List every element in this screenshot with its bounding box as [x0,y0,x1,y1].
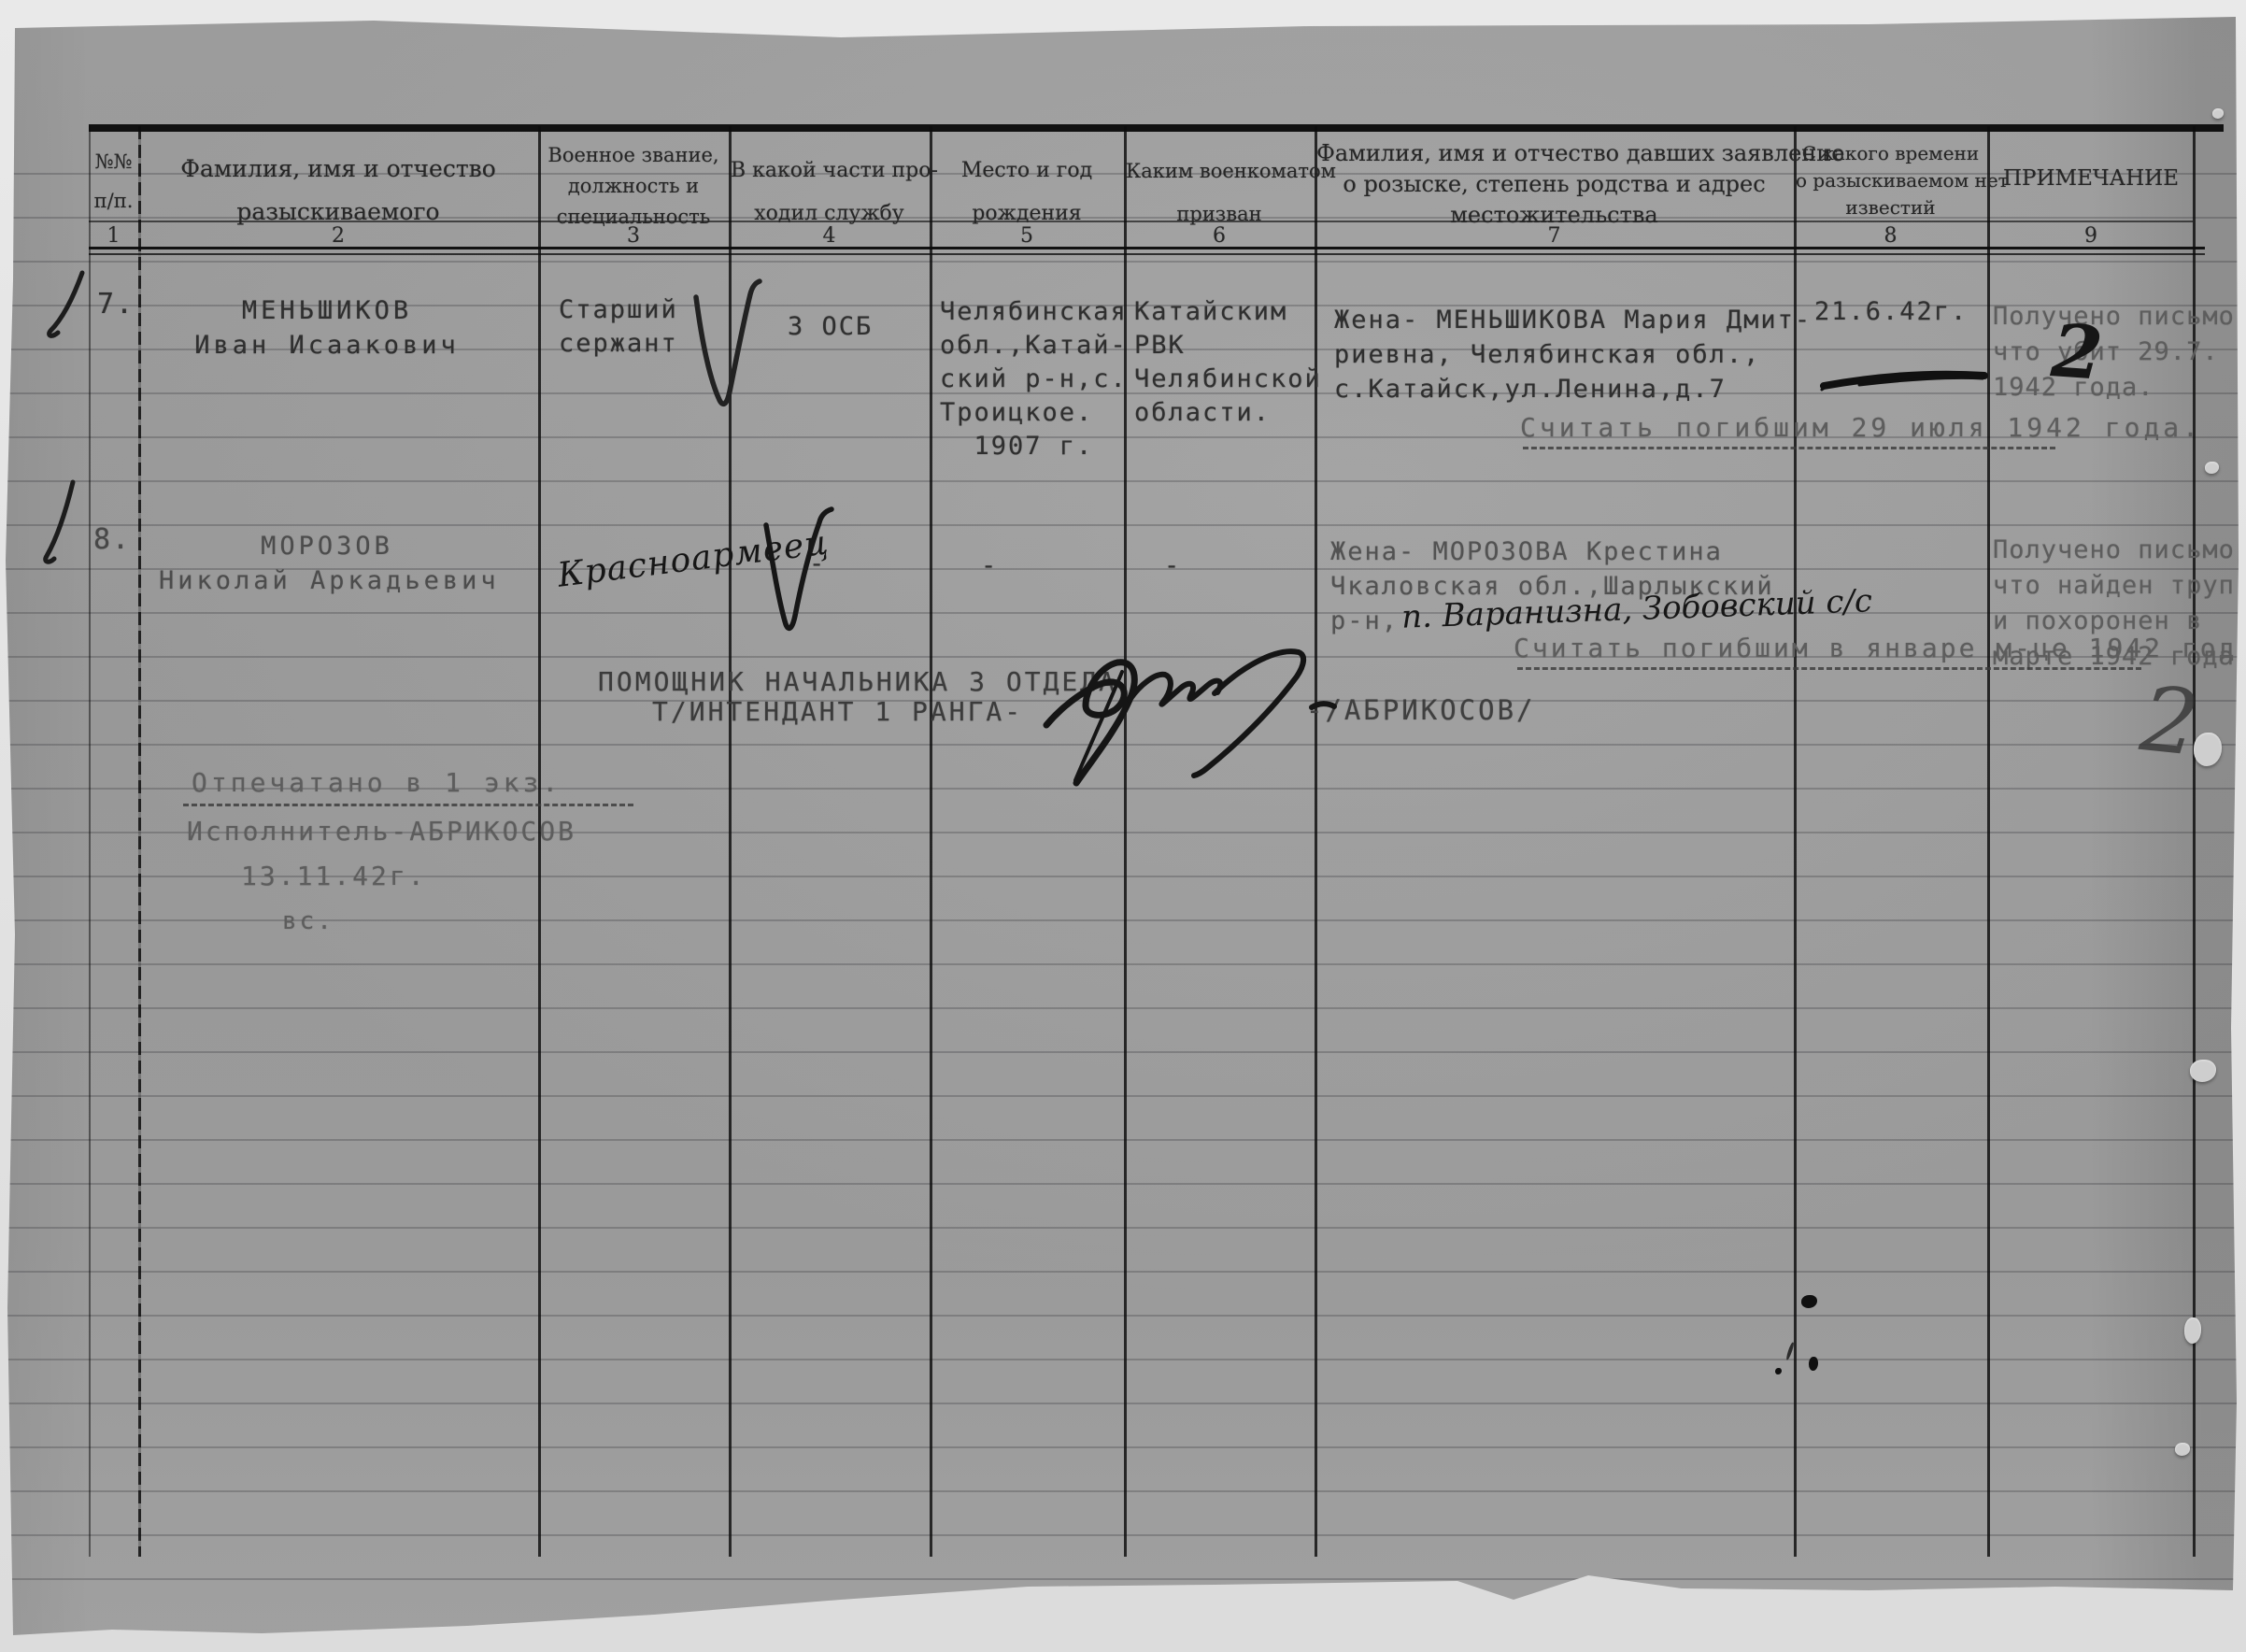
scanned-document-page: { "document": { "kind": "Розыскная ведом… [0,0,2246,1652]
paper-sheet: №№ п/п. Фамилия, имя и отчество разыскив… [0,0,2246,1652]
checkmark-row8 [766,509,832,628]
checkmark-row7 [696,281,760,404]
signature-stroke-4 [1194,651,1303,776]
margin-tick-row8 [46,482,73,562]
handwriting-overlay [0,0,2246,1652]
signature-stroke-1 [1046,662,1134,783]
signature-stroke-3 [1130,675,1220,705]
signature-dash [1312,704,1334,707]
margin-tick-row7 [50,273,82,335]
